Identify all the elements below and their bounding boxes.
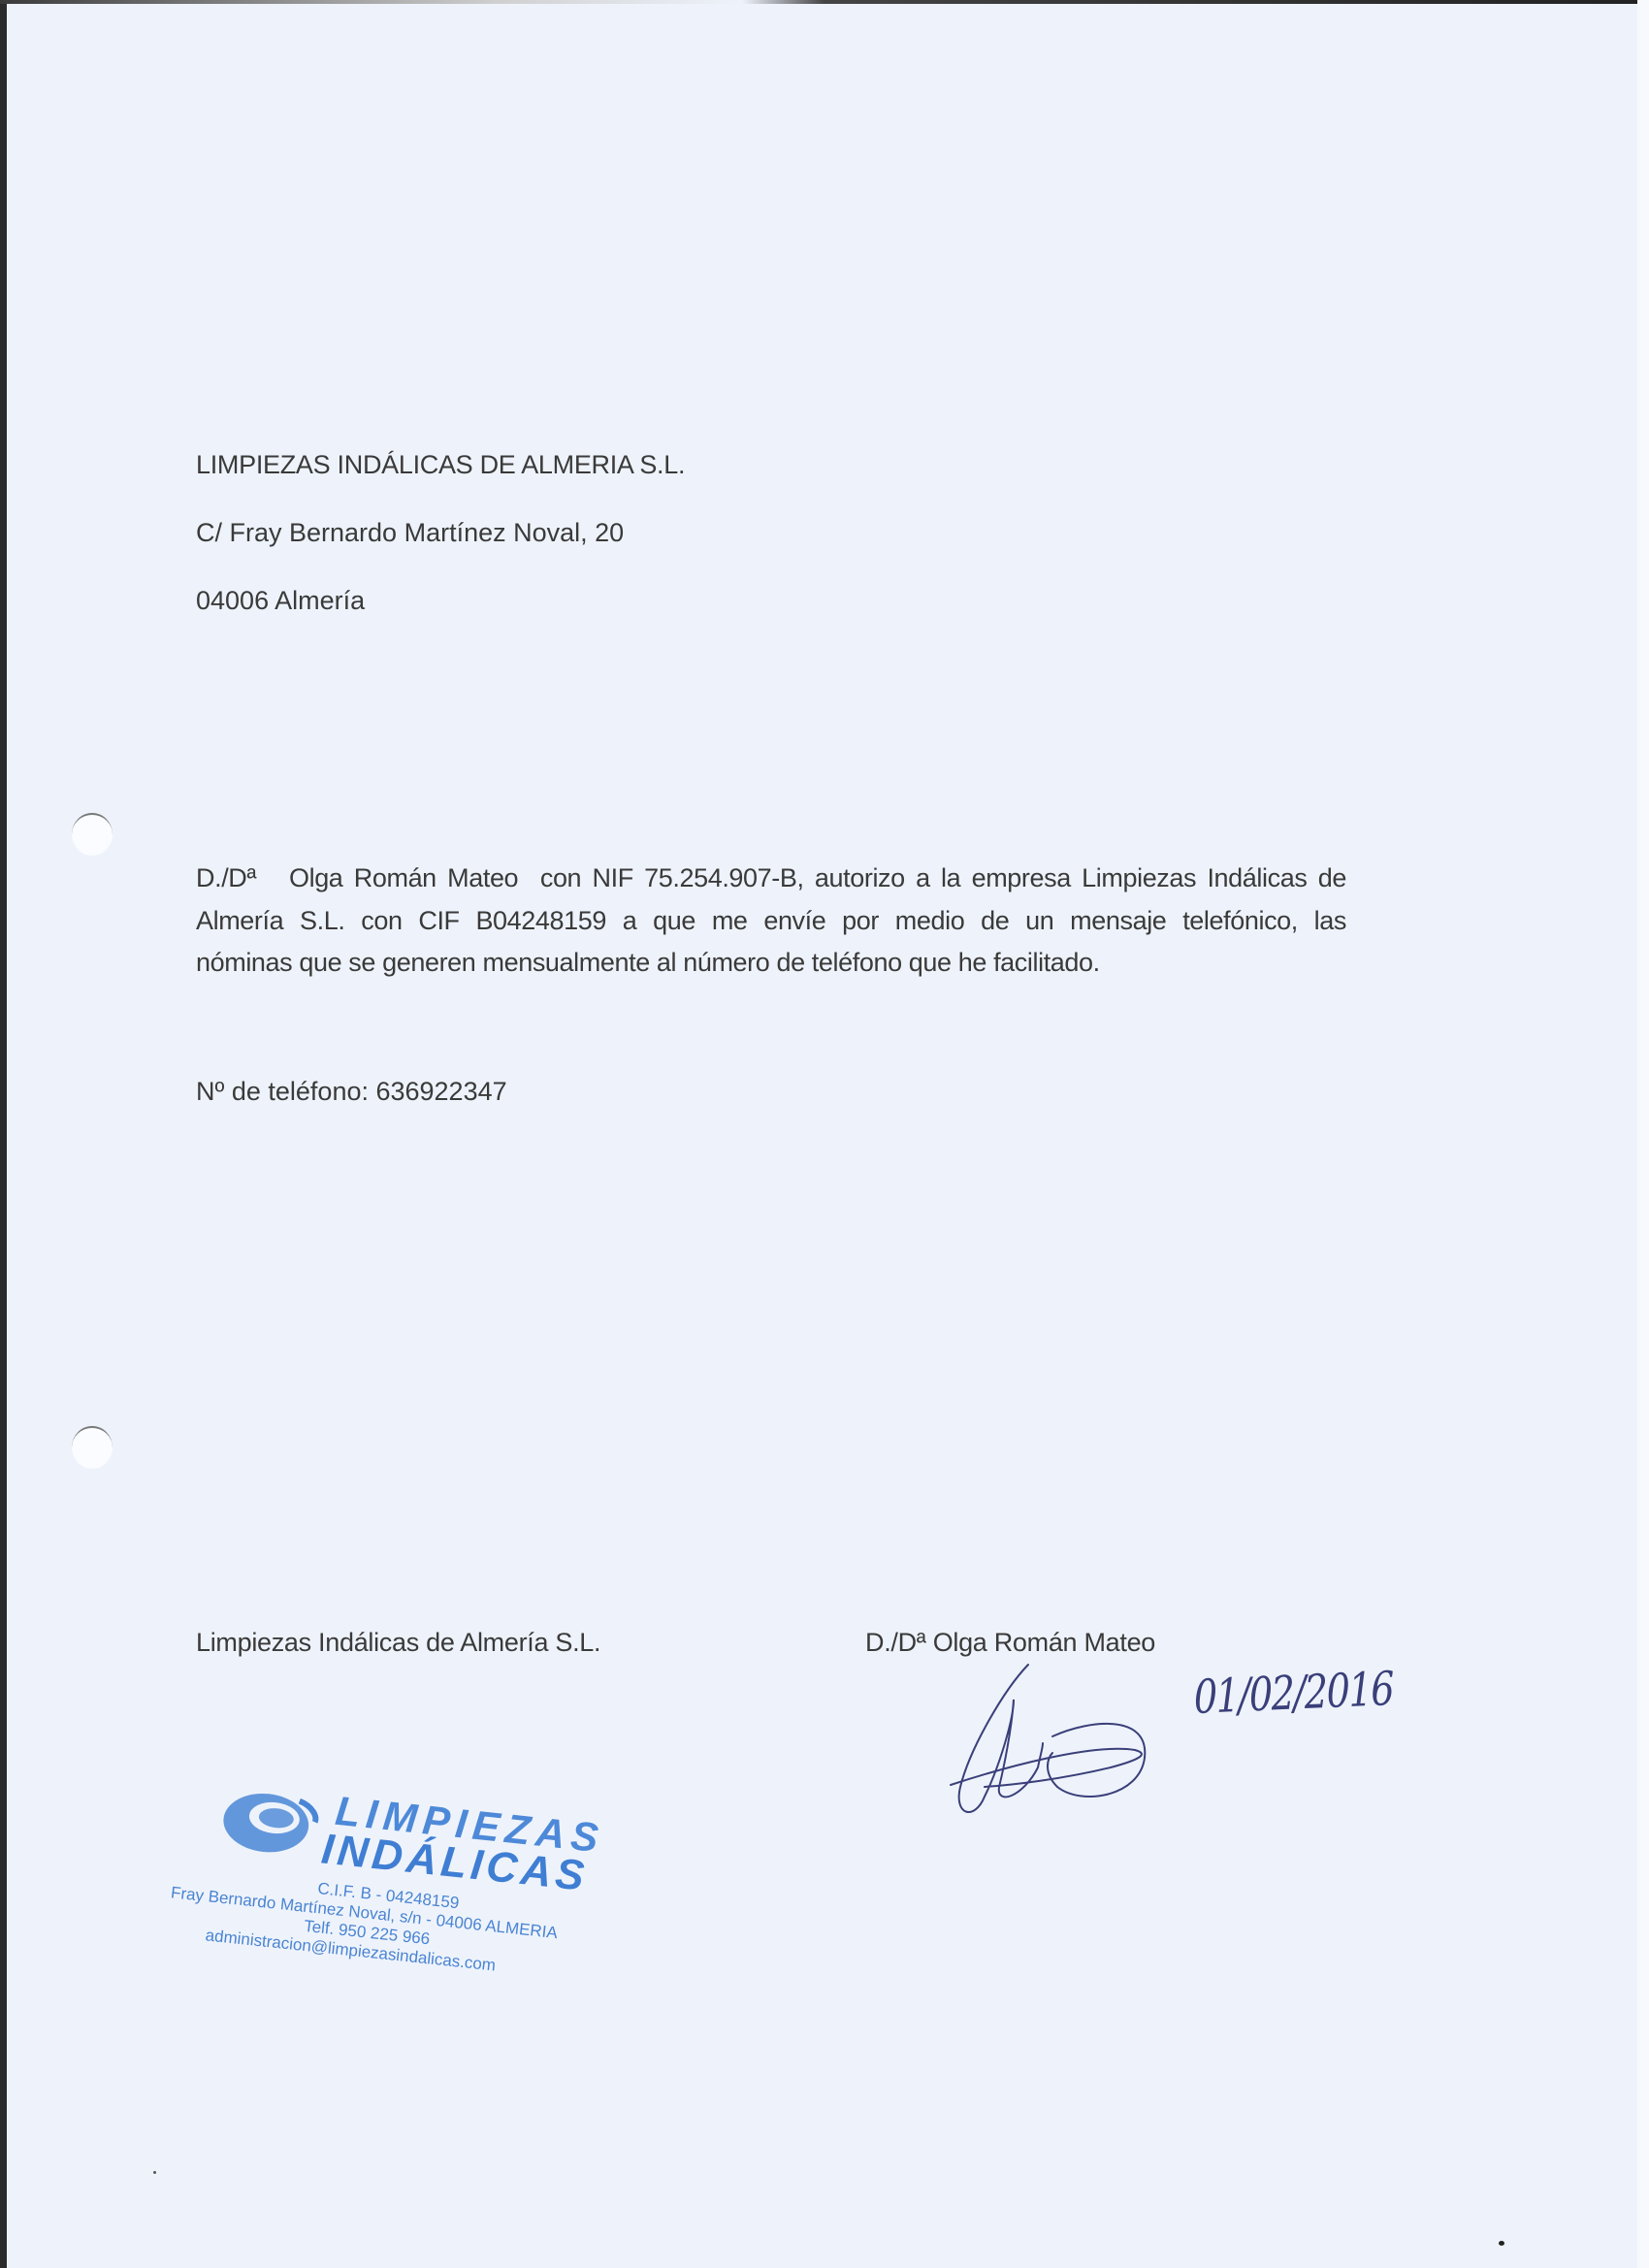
scan-left-edge xyxy=(0,0,7,2268)
authorization-line: Almería S.L. con CIF B04248159 a que me … xyxy=(196,900,1346,943)
handwritten-date: 01/02/2016 xyxy=(1193,1662,1394,1725)
recipient-street: C/ Fray Bernardo Martínez Noval, 20 xyxy=(196,520,624,546)
scan-speck xyxy=(1499,2241,1504,2246)
scan-speck xyxy=(153,2171,156,2174)
phone-number: Nº de teléfono: 636922347 xyxy=(196,1079,507,1105)
company-logo-icon xyxy=(217,1784,321,1866)
punch-hole xyxy=(72,813,113,856)
company-signature-label: Limpiezas Indálicas de Almería S.L. xyxy=(196,1630,600,1656)
authorization-paragraph: D./Dª Olga Román Mateo con NIF 75.254.90… xyxy=(196,858,1346,985)
person-signature-label: D./Dª Olga Román Mateo xyxy=(865,1630,1155,1656)
authorization-line: nóminas que se generen mensualmente al n… xyxy=(196,942,1346,985)
scan-right-edge xyxy=(1637,0,1649,2268)
handwritten-signature xyxy=(946,1661,1169,1831)
recipient-company: LIMPIEZAS INDÁLICAS DE ALMERIA S.L. xyxy=(196,452,685,478)
recipient-city: 04006 Almería xyxy=(196,588,365,614)
punch-hole xyxy=(72,1426,113,1469)
authorization-line: D./Dª Olga Román Mateo con NIF 75.254.90… xyxy=(196,858,1346,900)
